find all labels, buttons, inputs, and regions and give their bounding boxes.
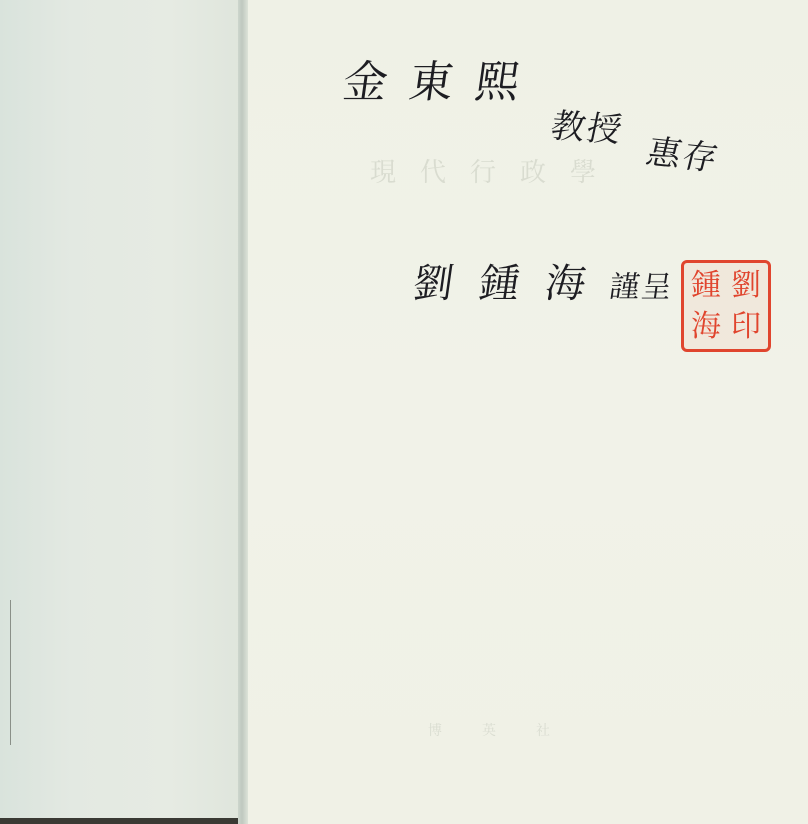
title-page [248, 0, 808, 824]
seal-char: 海 [686, 306, 726, 347]
front-endpaper [0, 0, 242, 818]
book-gutter [238, 0, 248, 824]
seal-char: 劉 [726, 265, 766, 306]
inscription-recipient-title: 教授 [547, 98, 629, 151]
inscription-donor-suffix: 謹呈 [607, 262, 677, 306]
inscription-donor-name: 劉鍾海 [410, 252, 616, 309]
red-seal-stamp-icon: 鍾 劉 海 印 [681, 260, 771, 352]
inscription-recipient-name: 金東熙 [340, 46, 547, 110]
seal-char: 印 [726, 306, 766, 347]
endpaper-edge-line [10, 600, 11, 745]
cover-edge [0, 818, 242, 824]
seal-char: 鍾 [686, 265, 726, 306]
printed-publisher: 博英社 [428, 720, 590, 740]
inscription-recipient-suffix: 惠存 [642, 124, 726, 180]
printed-book-title: 現代行政學 [370, 152, 620, 189]
